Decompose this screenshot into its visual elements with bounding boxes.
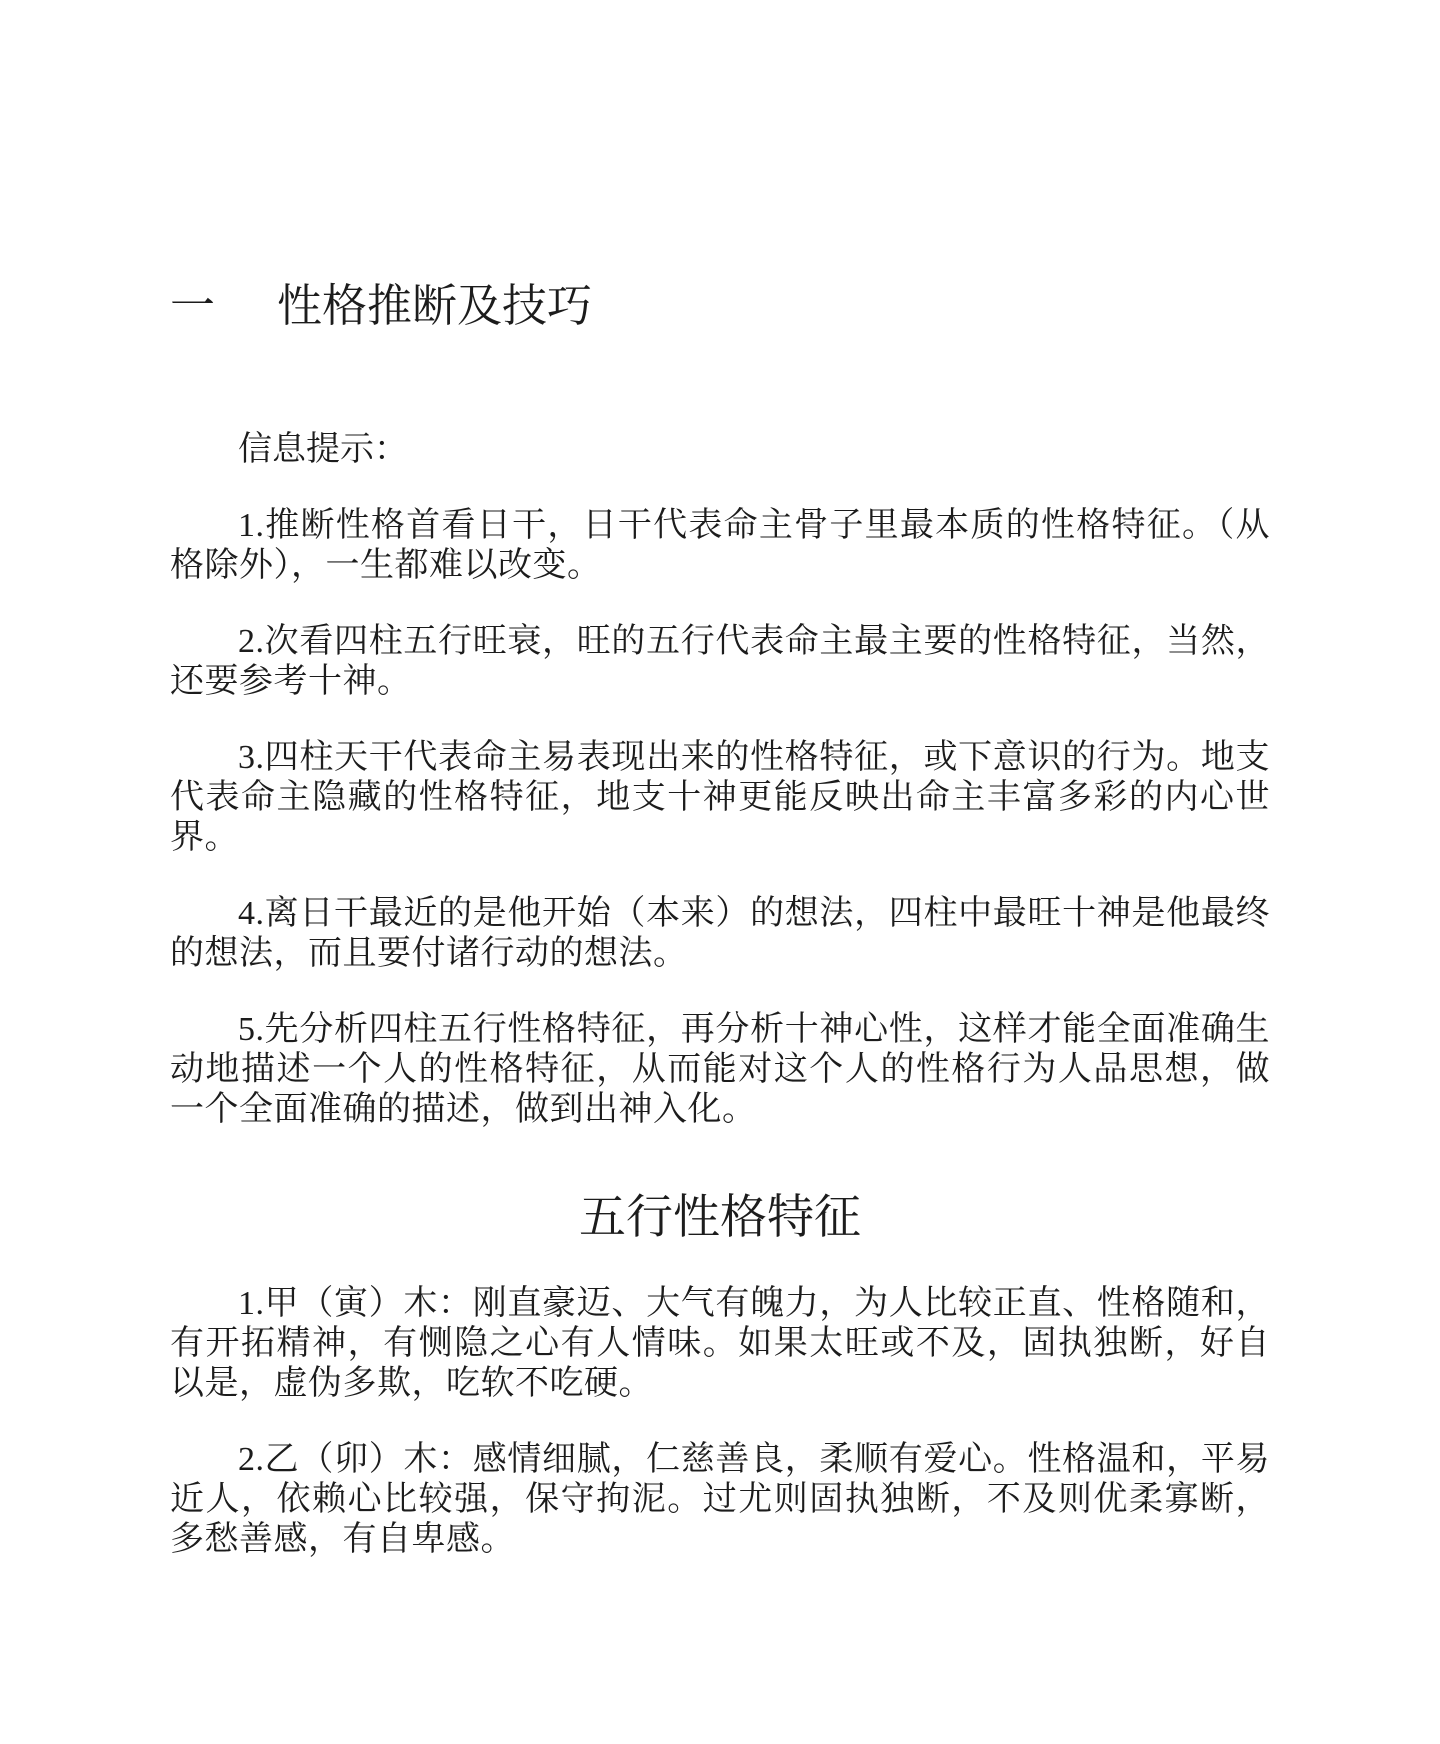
element-item-yi-wood: 2.乙（卯）木：感情细腻，仁慈善良，柔顺有爱心。性格温和，平易近人，依赖心比较强…: [170, 1440, 1270, 1560]
info-tips-label: 信息提示：: [170, 430, 1270, 470]
chapter-title: 一性格推断及技巧: [170, 280, 1270, 332]
document-page: 一性格推断及技巧 信息提示： 1.推断性格首看日干，日干代表命主骨子里最本质的性…: [0, 0, 1440, 1744]
section-heading-five-elements: 五行性格特征: [170, 1188, 1270, 1248]
chapter-title-text: 性格推断及技巧: [277, 281, 592, 331]
tip-paragraph-4: 4.离日干最近的是他开始（本来）的想法，四柱中最旺十神是他最终的想法，而且要付诸…: [170, 894, 1270, 974]
tip-paragraph-3: 3.四柱天干代表命主易表现出来的性格特征，或下意识的行为。地支代表命主隐藏的性格…: [170, 738, 1270, 858]
tip-paragraph-1: 1.推断性格首看日干，日干代表命主骨子里最本质的性格特征。（从格除外），一生都难…: [170, 506, 1270, 586]
chapter-number: 一: [170, 280, 215, 332]
tip-paragraph-2: 2.次看四柱五行旺衰，旺的五行代表命主最主要的性格特征，当然，还要参考十神。: [170, 622, 1270, 702]
document-content: 一性格推断及技巧 信息提示： 1.推断性格首看日干，日干代表命主骨子里最本质的性…: [170, 0, 1270, 1560]
tip-paragraph-5: 5.先分析四柱五行性格特征，再分析十神心性，这样才能全面准确生动地描述一个人的性…: [170, 1010, 1270, 1130]
element-item-jia-wood: 1.甲（寅）木：刚直豪迈、大气有魄力，为人比较正直、性格随和，有开拓精神，有恻隐…: [170, 1284, 1270, 1404]
